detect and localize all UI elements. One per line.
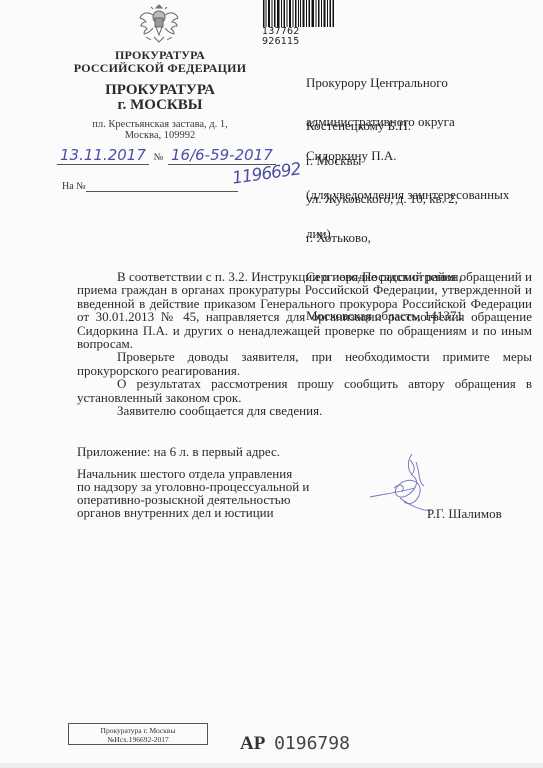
body-paragraph-4: Заявителю сообщается для сведения.	[77, 404, 532, 417]
letter-body: В соответствии с п. 3.2. Инструкции о по…	[77, 270, 532, 417]
body-paragraph-2: Проверьте доводы заявителя, при необходи…	[77, 350, 532, 377]
serial-prefix: АР	[240, 733, 265, 754]
reply-to-label: На №	[62, 181, 86, 192]
org-name: ПРОКУРАТУРА РОССИЙСКОЙ ФЕДЕРАЦИИ	[60, 49, 260, 75]
outgoing-stamp: Прокуратура г. Москвы №Исх.196692-2017	[68, 723, 208, 745]
signatory-position: Начальник шестого отдела управления по н…	[77, 467, 309, 519]
stamp-line1: Прокуратура г. Москвы	[69, 726, 207, 735]
office-name-line2: г. МОСКВЫ	[60, 98, 260, 113]
recipient-line: Сидоркину П.А.	[306, 149, 509, 162]
stamp-line2: №Исх.196692-2017	[69, 735, 207, 744]
recipient-line: г. Хотьково,	[306, 231, 463, 244]
org-name-line2: РОССИЙСКОЙ ФЕДЕРАЦИИ	[60, 62, 260, 75]
registration-number: 16/6-59-2017	[168, 146, 276, 165]
office-address-line2: Москва, 109992	[60, 130, 260, 141]
registration-line: 13.11.2017 № 16/6-59-2017	[57, 146, 276, 164]
recipient-line: Прокурору Центрального	[306, 76, 455, 89]
barcode-number: 137762 926115	[262, 27, 338, 47]
office-address: пл. Крестьянская застава, д. 1, Москва, …	[60, 119, 260, 141]
form-serial: АР 0196798	[240, 733, 350, 755]
serial-number: 0196798	[274, 733, 350, 754]
coat-of-arms-icon	[138, 1, 180, 45]
body-paragraph-3: О результатах рассмотрения прошу сообщит…	[77, 377, 532, 404]
signatory-name: Р.Г. Шалимов	[427, 506, 502, 522]
number-label: №	[154, 152, 164, 163]
recipient-line: ул. Жуковского, д. 10, кв. 2,	[306, 192, 463, 205]
body-paragraph-1: В соответствии с п. 3.2. Инструкции о по…	[77, 270, 532, 350]
office-name: ПРОКУРАТУРА г. МОСКВЫ	[60, 83, 260, 113]
office-address-line1: пл. Крестьянская застава, д. 1,	[60, 119, 260, 130]
letter-page: ПРОКУРАТУРА РОССИЙСКОЙ ФЕДЕРАЦИИ ПРОКУРА…	[0, 0, 543, 763]
registration-date: 13.11.2017	[57, 146, 149, 165]
office-name-line1: ПРОКУРАТУРА	[60, 83, 260, 98]
reply-to-line	[86, 191, 238, 192]
